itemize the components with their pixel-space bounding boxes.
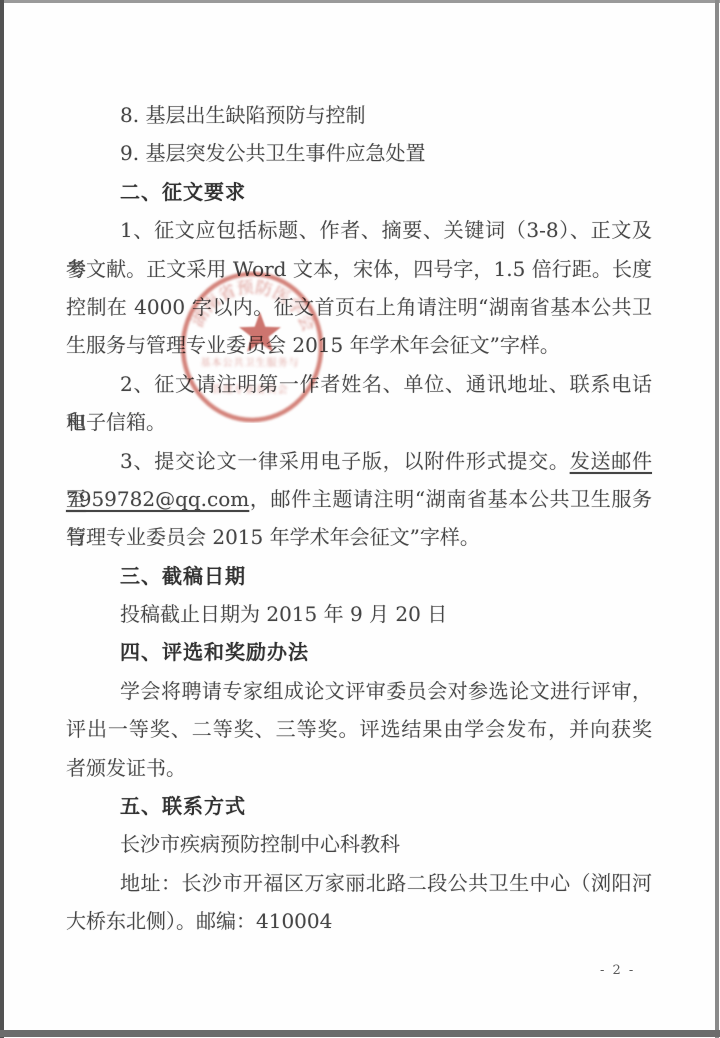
text-segment: 控制在 4000 字以内。征文首页右上角请注明“湖南省基本公共卫 bbox=[66, 295, 652, 319]
underlined-text: 7959782@qq.com bbox=[66, 487, 249, 511]
text-segment: 评出一等奖、二等奖、三等奖。评选结果由学会发布，并向获奖 bbox=[66, 717, 652, 741]
scan-edge-bottom bbox=[0, 1030, 720, 1037]
text-segment: 者颁发证书。 bbox=[66, 756, 186, 780]
text-segment: 8. 基层出生缺陷预防与控制 bbox=[120, 103, 365, 127]
text-line: 2、征文请注明第一作者姓名、单位、通讯地址、联系电话和 bbox=[66, 365, 652, 403]
document-page: 8. 基层出生缺陷预防与控制9. 基层突发公共卫生事件应急处置二、征文要求1、征… bbox=[0, 0, 720, 1038]
section-heading: 二、征文要求 bbox=[66, 173, 652, 211]
text-segment: 3、提交论文一律采用电子版，以附件形式提交。 bbox=[120, 449, 570, 473]
section-heading: 四、评选和奖励办法 bbox=[66, 633, 652, 671]
text-segment: 9. 基层突发公共卫生事件应急处置 bbox=[120, 141, 425, 165]
text-line: 7959782@qq.com，邮件主题请注明“湖南省基本公共卫生服务与 bbox=[66, 480, 652, 518]
text-line: 控制在 4000 字以内。征文首页右上角请注明“湖南省基本公共卫 bbox=[66, 288, 652, 326]
page-number: - 2 - bbox=[600, 963, 660, 978]
text-line: 电子信箱。 bbox=[66, 403, 652, 441]
section-heading: 五、联系方式 bbox=[66, 787, 652, 825]
text-segment: 管理专业委员会 2015 年学术年会征文”字样。 bbox=[66, 525, 480, 549]
text-line: 生服务与管理专业委员会 2015 年学术年会征文”字样。 bbox=[66, 326, 652, 364]
document-body: 8. 基层出生缺陷预防与控制9. 基层突发公共卫生事件应急处置二、征文要求1、征… bbox=[66, 96, 652, 941]
scan-edge-top bbox=[0, 0, 720, 3]
scan-edge-left bbox=[0, 0, 4, 1038]
section-heading: 三、截稿日期 bbox=[66, 557, 652, 595]
text-line: 长沙市疾病预防控制中心科教科 bbox=[66, 825, 652, 863]
text-line: 9. 基层突发公共卫生事件应急处置 bbox=[66, 134, 652, 172]
text-segment: 生服务与管理专业委员会 2015 年学术年会征文”字样。 bbox=[66, 333, 560, 357]
text-line: 评出一等奖、二等奖、三等奖。评选结果由学会发布，并向获奖 bbox=[66, 710, 652, 748]
text-line: 学会将聘请专家组成论文评审委员会对参选论文进行评审， bbox=[66, 672, 652, 710]
text-segment: 五、联系方式 bbox=[120, 794, 246, 818]
text-line: 投稿截止日期为 2015 年 9 月 20 日 bbox=[66, 595, 652, 633]
text-segment: 考文献。正文采用 Word 文本，宋体，四号字，1.5 倍行距。长度 bbox=[66, 257, 652, 281]
text-line: 考文献。正文采用 Word 文本，宋体，四号字，1.5 倍行距。长度 bbox=[66, 250, 652, 288]
text-segment: 二、征文要求 bbox=[120, 180, 246, 204]
text-segment: 学会将聘请专家组成论文评审委员会对参选论文进行评审， bbox=[120, 679, 652, 703]
text-line: 8. 基层出生缺陷预防与控制 bbox=[66, 96, 652, 134]
text-segment: 电子信箱。 bbox=[66, 410, 166, 434]
scan-edge-right bbox=[715, 0, 719, 1038]
text-segment: 大桥东北侧）。邮编：410004 bbox=[66, 909, 332, 933]
text-segment: 长沙市疾病预防控制中心科教科 bbox=[120, 832, 400, 856]
text-line: 者颁发证书。 bbox=[66, 749, 652, 787]
text-segment: 三、截稿日期 bbox=[120, 564, 246, 588]
text-segment: 地址：长沙市开福区万家丽北路二段公共卫生中心（浏阳河 bbox=[120, 871, 652, 895]
text-line: 3、提交论文一律采用电子版，以附件形式提交。发送邮件至 bbox=[66, 442, 652, 480]
text-line: 管理专业委员会 2015 年学术年会征文”字样。 bbox=[66, 518, 652, 556]
text-line: 地址：长沙市开福区万家丽北路二段公共卫生中心（浏阳河 bbox=[66, 864, 652, 902]
text-line: 大桥东北侧）。邮编：410004 bbox=[66, 902, 652, 940]
text-segment: 四、评选和奖励办法 bbox=[120, 640, 309, 664]
text-segment: 投稿截止日期为 2015 年 9 月 20 日 bbox=[120, 602, 447, 626]
text-line: 1、征文应包括标题、作者、摘要、关键词（3-8）、正文及参 bbox=[66, 211, 652, 249]
